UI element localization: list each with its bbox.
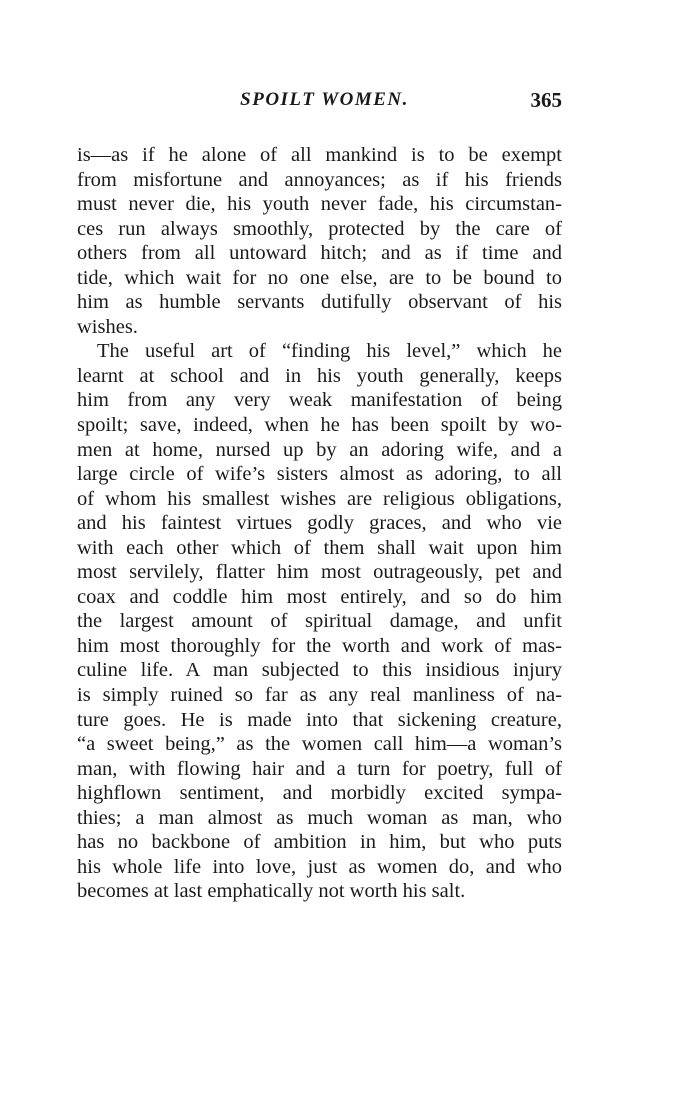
text-line: spoilt; save, indeed, when he has been s… <box>77 413 562 438</box>
book-page: SPOILT WOMEN. 365 is—as if he alone of a… <box>0 0 688 1096</box>
text-line: with each other which of them shall wait… <box>77 536 562 561</box>
text-line: ture goes. He is made into that sickenin… <box>77 708 562 733</box>
text-line: must never die, his youth never fade, hi… <box>77 192 562 217</box>
text-line: the largest amount of spiritual damage, … <box>77 609 562 634</box>
running-head: SPOILT WOMEN. 365 <box>77 89 562 115</box>
paragraph-end-line: wishes. <box>77 315 562 340</box>
text-line: him from any very weak manifestation of … <box>77 388 562 413</box>
paragraph-end-line: becomes at last emphatically not worth h… <box>77 879 562 904</box>
text-line: culine life. A man subjected to this ins… <box>77 658 562 683</box>
text-line: tide, which wait for no one else, are to… <box>77 266 562 291</box>
body-text: is—as if he alone of all mankind is to b… <box>77 143 562 904</box>
text-line: ces run always smoothly, protected by th… <box>77 217 562 242</box>
text-line: of whom his smallest wishes are religiou… <box>77 487 562 512</box>
text-line: him as humble servants dutifully observa… <box>77 290 562 315</box>
text-line: him most thoroughly for the worth and wo… <box>77 634 562 659</box>
text-line: others from all untoward hitch; and as i… <box>77 241 562 266</box>
text-line: from misfortune and annoyances; as if hi… <box>77 168 562 193</box>
text-line: “a sweet being,” as the women call him—a… <box>77 732 562 757</box>
running-title: SPOILT WOMEN. <box>77 89 562 111</box>
text-line: coax and coddle him most entirely, and s… <box>77 585 562 610</box>
text-line: is simply ruined so far as any real manl… <box>77 683 562 708</box>
text-line: and his faintest virtues godly graces, a… <box>77 511 562 536</box>
text-line: highflown sentiment, and morbidly excite… <box>77 781 562 806</box>
text-line: learnt at school and in his youth genera… <box>77 364 562 389</box>
page-number: 365 <box>531 88 563 113</box>
text-line: large circle of wife’s sisters almost as… <box>77 462 562 487</box>
text-line: thies; a man almost as much woman as man… <box>77 806 562 831</box>
text-line: his whole life into love, just as women … <box>77 855 562 880</box>
text-line: man, with flowing hair and a turn for po… <box>77 757 562 782</box>
text-line: is—as if he alone of all mankind is to b… <box>77 143 562 168</box>
text-line: has no backbone of ambition in him, but … <box>77 830 562 855</box>
text-line: most servilely, flatter him most outrage… <box>77 560 562 585</box>
text-line: men at home, nursed up by an adoring wif… <box>77 438 562 463</box>
paragraph-start-line: The useful art of “finding his level,” w… <box>77 339 562 364</box>
